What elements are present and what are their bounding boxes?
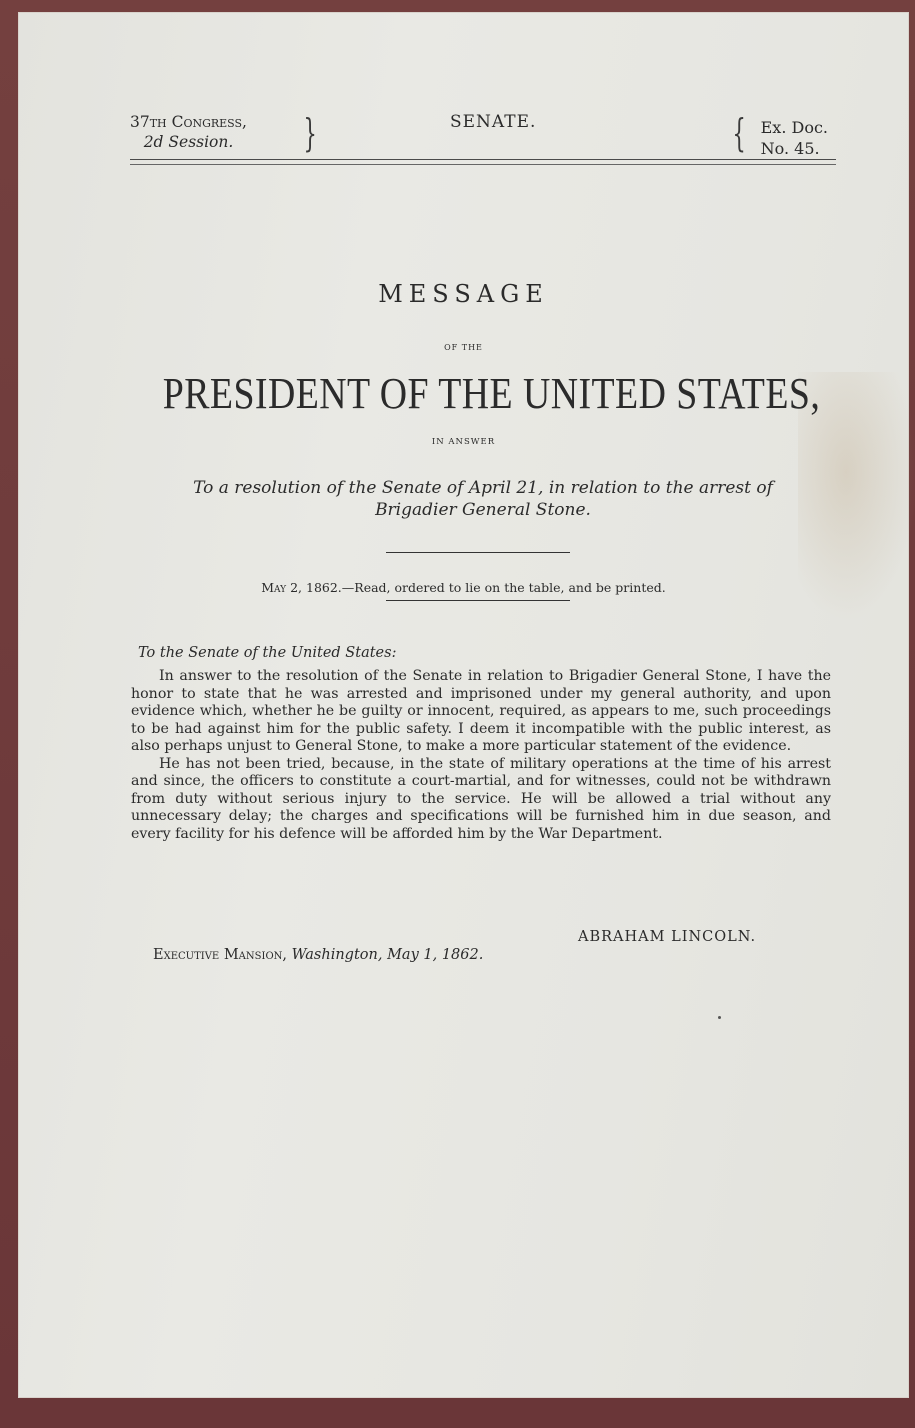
chamber-label: SENATE. [450,112,536,132]
congress-label: 37th Congress, [130,112,247,132]
ink-speck [718,1016,721,1019]
dateline-date: May 1, 1862. [387,947,483,963]
read-text: —Read, ordered to lie on the table, and … [342,580,666,595]
right-brace-icon: } [303,114,316,152]
paragraph: In answer to the resolution of the Senat… [131,668,831,756]
letter-body: In answer to the resolution of the Senat… [131,668,831,843]
document-page: 37th Congress, 2d Session. } SENATE. { E… [18,12,909,1398]
subject-line: To a resolution of the Senate of April 2… [128,477,838,521]
signature: ABRAHAM LINCOLN. [578,929,756,945]
header-rule [130,159,836,165]
read-note: May 2, 1862.—Read, ordered to lie on the… [18,580,909,595]
dateline-city: Washington, [292,947,383,963]
divider-top [386,552,570,553]
left-brace-icon: { [732,114,745,152]
divider-bottom [386,600,570,601]
paragraph: He has not been tried, because, in the s… [131,756,831,844]
title-message: MESSAGE [18,280,909,308]
congress-session: 37th Congress, 2d Session. [130,112,247,152]
doc-type-label: Ex. Doc. [761,117,828,138]
session-label: 2d Session. [130,132,247,152]
salutation: To the Senate of the United States: [138,645,396,661]
document-number: Ex. Doc. No. 45. [761,117,828,159]
dateline: Executive Mansion, Washington, May 1, 18… [153,947,483,963]
dateline-place: Executive Mansion, [153,947,287,963]
subject-line-1: To a resolution of the Senate of April 2… [128,477,838,499]
title-of-the: OF THE [18,343,909,352]
subject-line-2: Brigadier General Stone. [128,499,838,521]
document-header: 37th Congress, 2d Session. } SENATE. { E… [130,112,820,162]
read-date: May 2, 1862. [261,580,342,595]
doc-number-label: No. 45. [761,138,828,159]
title-president: PRESIDENT OF THE UNITED STATES, [108,368,874,419]
title-in-answer: IN ANSWER [18,437,909,447]
